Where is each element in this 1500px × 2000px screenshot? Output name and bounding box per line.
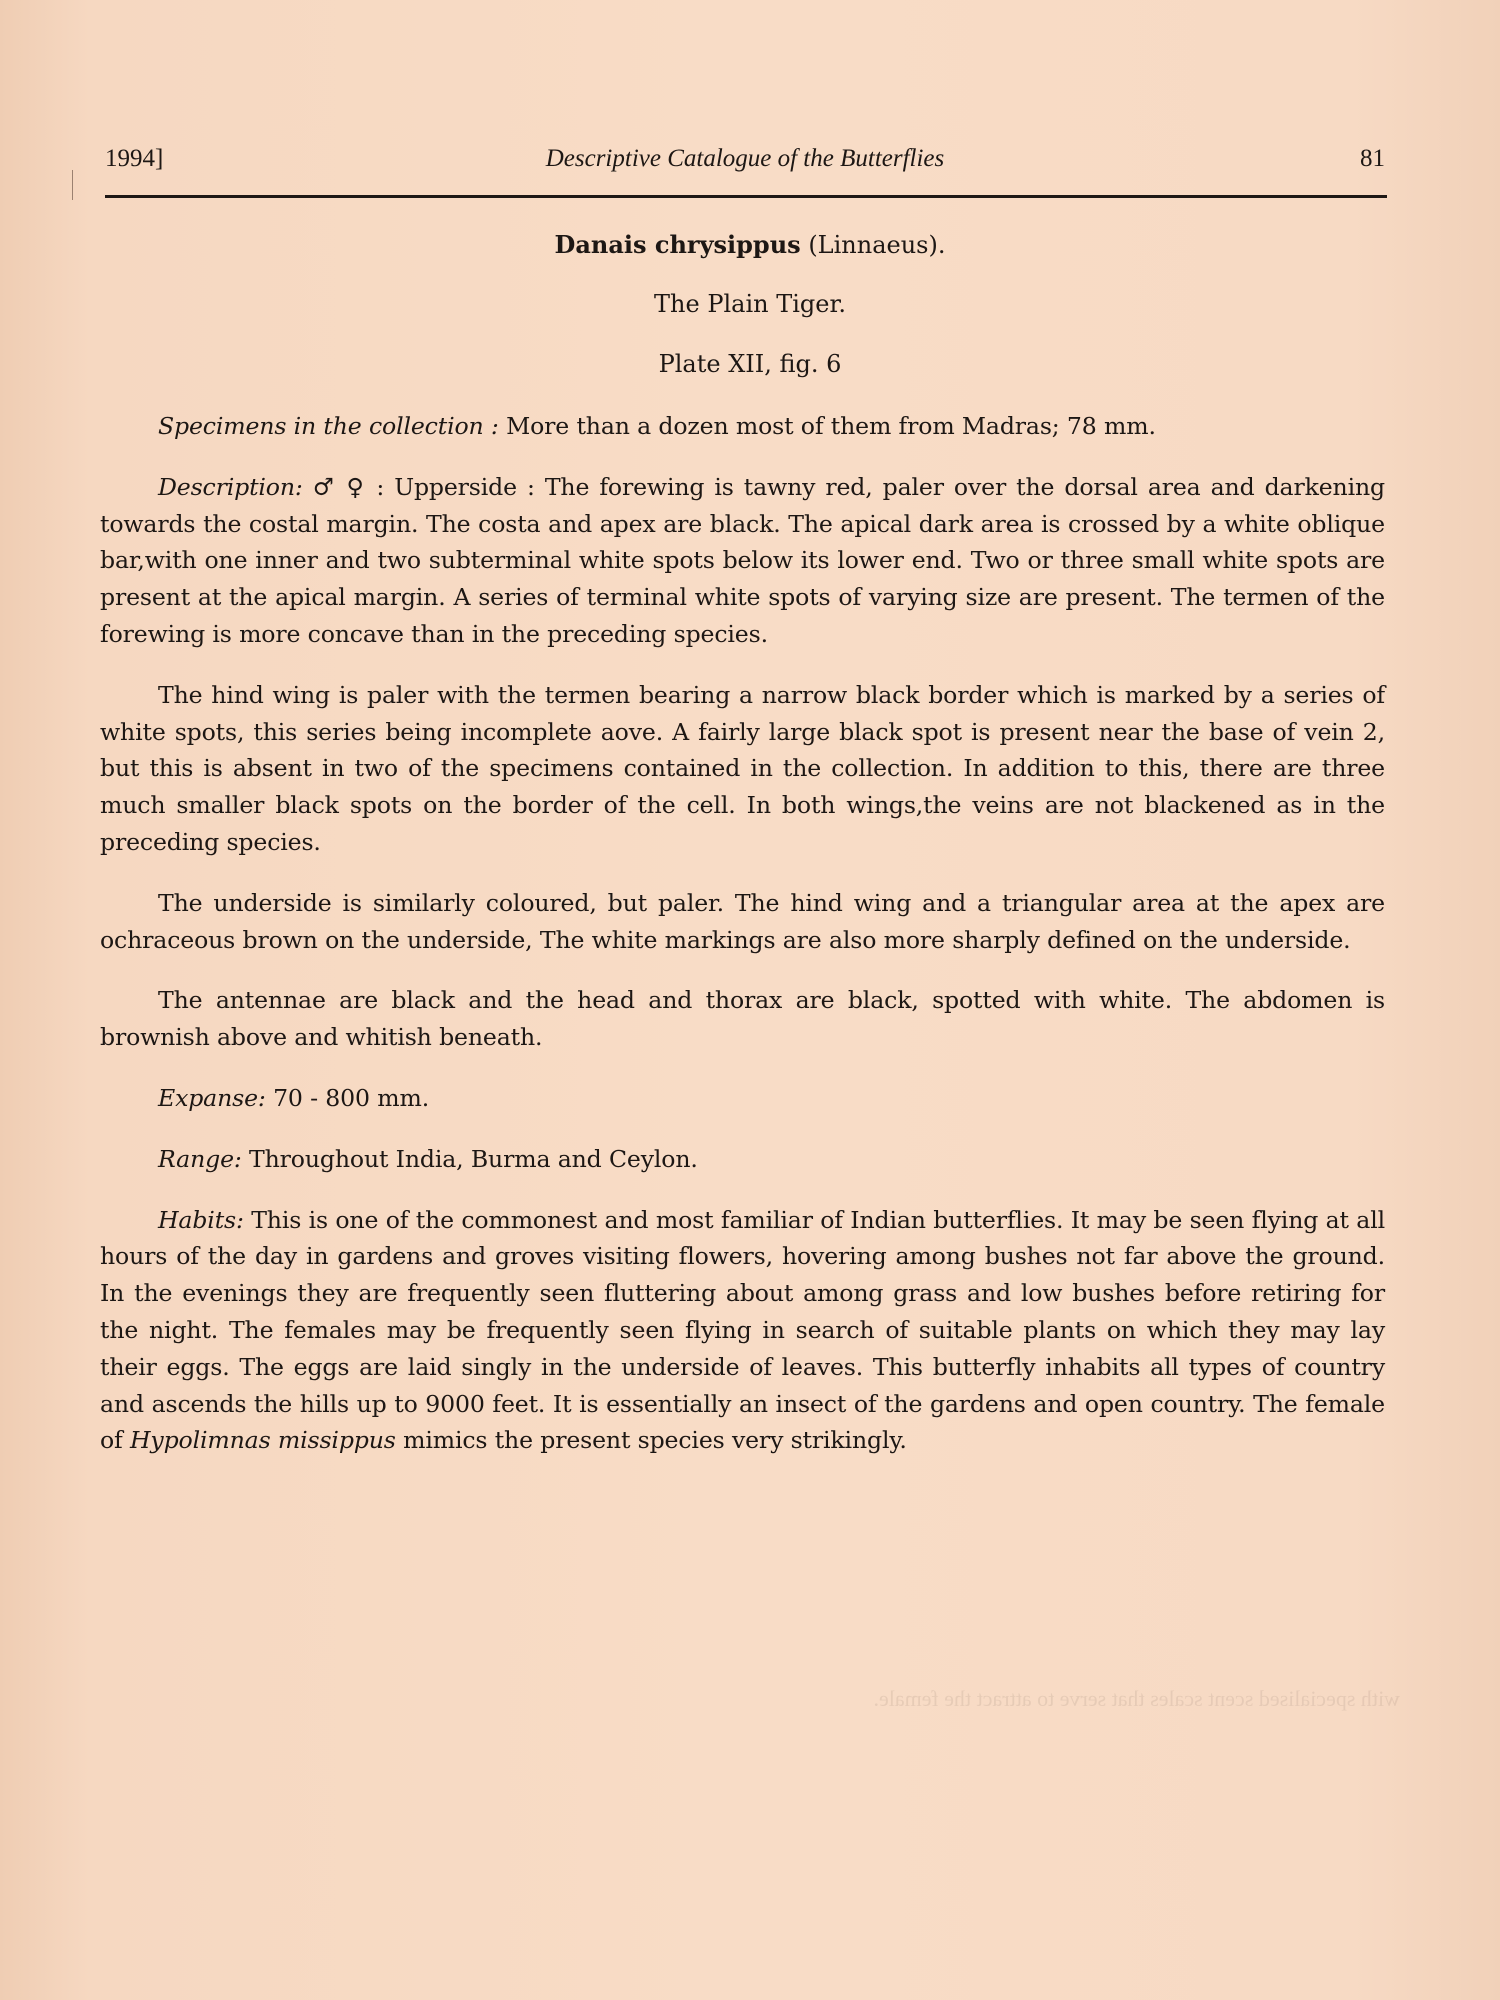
habits-text: This is one of the commonest and most fa… <box>100 1206 1385 1455</box>
species-heading: Danais chrysippus (Linnaeus). <box>0 230 1500 259</box>
underside-paragraph: The underside is similarly coloured, but… <box>100 885 1385 959</box>
specimens-label: Specimens in the collection : <box>158 412 499 440</box>
description-label: Description: <box>158 473 303 501</box>
running-head: 1994] Descriptive Catalogue of the Butte… <box>105 145 1385 185</box>
page-number: 81 <box>1360 145 1385 173</box>
range-label: Range: <box>158 1145 242 1173</box>
expanse-label: Expanse: <box>158 1084 266 1112</box>
running-head-title: Descriptive Catalogue of the Butterflies <box>105 145 1385 173</box>
range-paragraph: Range: Throughout India, Burma and Ceylo… <box>100 1141 1385 1178</box>
entry-body: Specimens in the collection : More than … <box>100 408 1385 1483</box>
description-paragraph: Description: ♂ ♀ : Upperside : The forew… <box>100 469 1385 653</box>
hind-wing-paragraph: The hind wing is paler with the termen b… <box>100 677 1385 861</box>
document-page: 1994] Descriptive Catalogue of the Butte… <box>0 0 1500 2000</box>
common-name: The Plain Tiger. <box>0 290 1500 318</box>
species-name: Danais chrysippus <box>555 230 801 259</box>
range-text: Throughout India, Burma and Ceylon. <box>242 1145 698 1173</box>
specimens-text: More than a dozen most of them from Madr… <box>499 412 1156 440</box>
mimic-species: Hypolimnas missippus <box>130 1426 396 1454</box>
antennae-paragraph: The antennae are black and the head and … <box>100 982 1385 1056</box>
plate-reference: Plate XII, fig. 6 <box>0 350 1500 378</box>
header-rule <box>105 195 1387 198</box>
expanse-paragraph: Expanse: 70 - 800 mm. <box>100 1080 1385 1117</box>
margin-mark <box>72 170 73 200</box>
specimens-paragraph: Specimens in the collection : More than … <box>100 408 1385 445</box>
habits-paragraph: Habits: This is one of the commonest and… <box>100 1202 1385 1460</box>
sex-symbols: ♂ ♀ <box>303 473 377 501</box>
expanse-text: 70 - 800 mm. <box>266 1084 429 1112</box>
habits-label: Habits: <box>158 1206 244 1234</box>
habits-text-end: mimics the present species very striking… <box>396 1426 907 1454</box>
show-through-text: with specialised scent scales that serve… <box>170 1680 1400 1718</box>
species-authority: (Linnaeus). <box>808 231 945 259</box>
